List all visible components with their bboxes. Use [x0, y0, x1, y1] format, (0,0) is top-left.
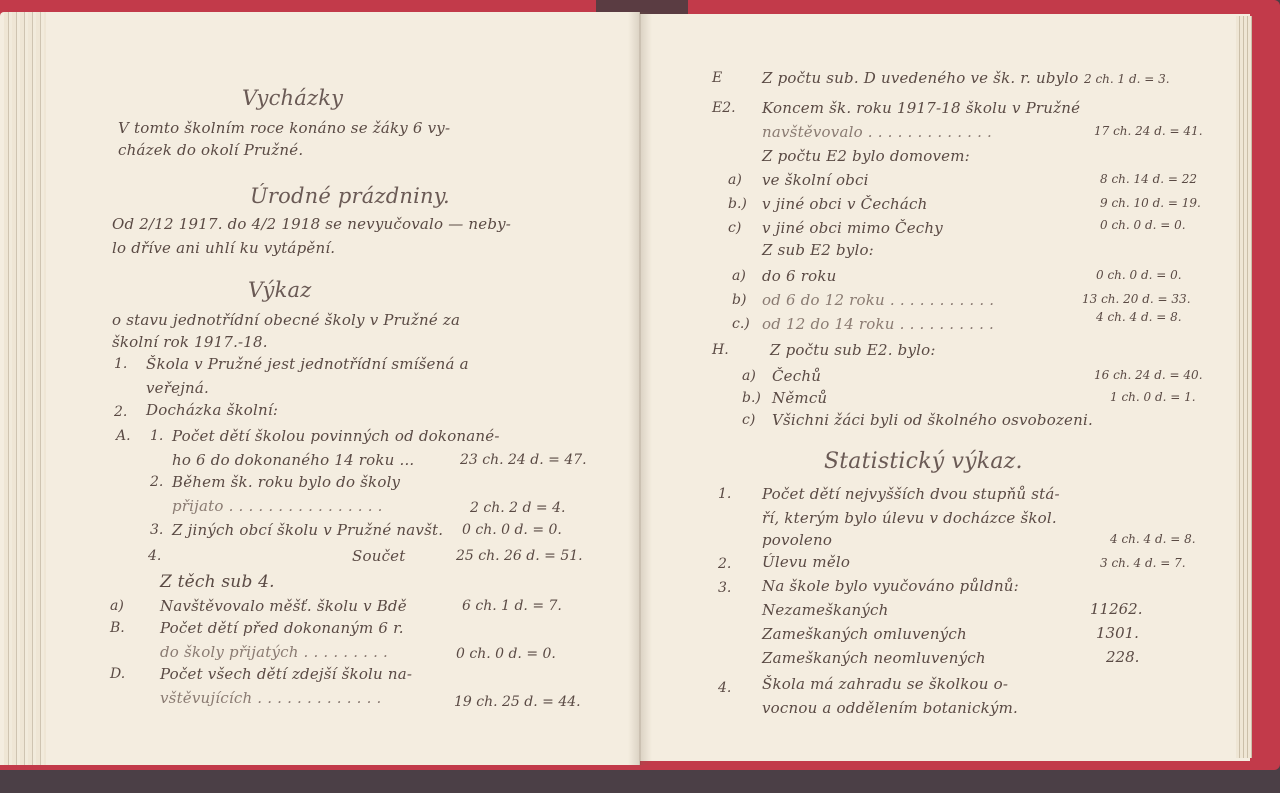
row-text: Úlevu mělo	[762, 552, 850, 572]
item-mark: 2.	[114, 404, 127, 420]
item-text: Škola v Pružné jest jednotřídní smíšená …	[146, 354, 469, 374]
excursions-line-2: cházek do okolí Pružné.	[118, 140, 303, 160]
row-value: 19 ch. 25 d. = 44.	[454, 694, 581, 710]
row-text: Koncem šk. roku 1917-18 školu v Pružné	[762, 98, 1080, 118]
row-mark: b.)	[742, 390, 761, 406]
holidays-line-2: lo dříve ani uhlí ku vytápění.	[112, 238, 335, 258]
left-page-edges	[4, 12, 46, 765]
row-value: 17 ch. 24 d. = 41.	[1094, 124, 1203, 138]
heading-report: Výkaz	[248, 280, 312, 300]
row-text: od 6 do 12 roku . . . . . . . . . . .	[762, 290, 994, 310]
row-mark: B.	[110, 620, 125, 636]
row-value: 0 ch. 0 d. = 0.	[462, 522, 562, 538]
row-value: 0 ch. 0 d. = 0.	[456, 646, 556, 662]
row-text: Čechů	[772, 366, 821, 386]
row-value: 16 ch. 24 d. = 40.	[1094, 368, 1203, 382]
row-value: 228.	[1106, 648, 1139, 666]
row-value: 13 ch. 20 d. = 33.	[1082, 292, 1191, 306]
item-text: Docházka školní:	[146, 400, 278, 420]
row-mark: 2.	[718, 556, 731, 572]
row-text: Počet dětí před dokonaným 6 r.	[160, 618, 404, 638]
sub-mark: 2.	[150, 474, 163, 490]
row-text: od 12 do 14 roku . . . . . . . . . .	[762, 314, 994, 334]
row-text: ho 6 do dokonaného 14 roku ...	[172, 450, 414, 470]
row-mark: H.	[712, 342, 729, 358]
sum-value: 25 ch. 26 d. = 51.	[456, 548, 583, 564]
holidays-line-1: Od 2/12 1917. do 4/2 1918 se nevyučovalo…	[112, 214, 511, 234]
row-mark: a)	[728, 172, 742, 188]
sub-mark: 1.	[150, 428, 163, 444]
row-text: Němců	[772, 388, 827, 408]
sub-mark: 3.	[150, 522, 163, 538]
row-mark: E	[712, 70, 722, 86]
row-text: Zameškaných neomluvených	[762, 648, 986, 668]
row-text: Zameškaných omluvených	[762, 624, 967, 644]
row-text: vocnou a oddělením botanickým.	[762, 698, 1018, 718]
row-value: 2 ch. 1 d. = 3.	[1084, 72, 1170, 86]
row-mark: b)	[732, 292, 746, 308]
sub4-heading: Z těch sub 4.	[160, 572, 275, 592]
row-mark: c.)	[732, 316, 750, 332]
row-text: Během šk. roku bylo do školy	[172, 472, 400, 492]
row-text: Počet dětí nejvyšších dvou stupňů stá-	[762, 484, 1060, 504]
row-mark: 3.	[718, 580, 731, 596]
row-text: Navštěvovalo měšť. školu v Bdě	[160, 596, 407, 616]
row-text: povoleno	[762, 530, 832, 550]
row-value: 8 ch. 14 d. = 22	[1100, 172, 1197, 186]
row-text: přijato . . . . . . . . . . . . . . . .	[172, 496, 383, 516]
row-mark: a)	[732, 268, 746, 284]
row-mark: c)	[742, 412, 755, 428]
item-text: veřejná.	[146, 378, 209, 398]
row-value: 2 ch. 2 d = 4.	[470, 500, 565, 516]
row-value: 23 ch. 24 d. = 47.	[460, 452, 587, 468]
row-text: ří, kterým bylo úlevu v docházce škol.	[762, 508, 1057, 528]
row-text: Na škole bylo vyučováno půldnů:	[762, 576, 1019, 596]
row-text: Počet dětí školou povinných od dokonané-	[172, 426, 500, 446]
row-value: 0 ch. 0 d. = 0.	[1096, 268, 1182, 282]
row-mark: a)	[110, 598, 124, 614]
row-mark: c)	[728, 220, 741, 236]
heading-holidays: Úrodné prázdniny.	[250, 186, 450, 206]
row-value: 4 ch. 4 d. = 8.	[1110, 532, 1196, 546]
right-page-edges	[1236, 16, 1252, 758]
section-mark: 4.	[148, 548, 161, 564]
row-text: Všichni žáci byli od školného osvobozeni…	[772, 410, 1093, 430]
heading-excursions: Vycházky	[242, 88, 343, 108]
row-text: Z počtu sub. D uvedeného ve šk. r. ubylo	[762, 68, 1079, 88]
row-text: Z počtu E2 bylo domovem:	[762, 146, 970, 166]
row-value: 9 ch. 10 d. = 19.	[1100, 196, 1201, 210]
row-text: Škola má zahradu se školkou o-	[762, 674, 1008, 694]
row-mark: 4.	[718, 680, 731, 696]
excursions-line-1: V tomto školním roce konáno se žáky 6 vy…	[118, 118, 450, 138]
row-value: 6 ch. 1 d. = 7.	[462, 598, 562, 614]
row-value: 1 ch. 0 d. = 1.	[1110, 390, 1196, 404]
book-scan: Vycházky V tomto školním roce konáno se …	[0, 0, 1280, 793]
row-mark: E2.	[712, 100, 736, 116]
age-heading: Z sub E2 bylo:	[762, 240, 874, 260]
gutter	[628, 12, 652, 765]
row-value: 0 ch. 0 d. = 0.	[1100, 218, 1186, 232]
section-mark: A.	[116, 428, 131, 444]
row-text: do školy přijatých . . . . . . . . .	[160, 642, 388, 662]
row-value: 4 ch. 4 d. = 8.	[1096, 310, 1182, 324]
row-text: Nezameškaných	[762, 600, 888, 620]
item-mark: 1.	[114, 356, 127, 372]
row-value: 1301.	[1096, 624, 1139, 642]
stat-heading: Statistický výkaz.	[824, 452, 1023, 472]
nationality-heading: Z počtu sub E2. bylo:	[770, 340, 936, 360]
row-text: Z jiných obcí školu v Pružné navšt.	[172, 520, 443, 540]
row-text: do 6 roku	[762, 266, 836, 286]
row-text: navštěvovalo . . . . . . . . . . . . .	[762, 122, 992, 142]
report-intro-2: školní rok 1917.-18.	[112, 332, 268, 352]
row-value: 11262.	[1090, 600, 1143, 618]
row-text: ve školní obci	[762, 170, 869, 190]
row-value: 3 ch. 4 d. = 7.	[1100, 556, 1186, 570]
row-text: v jiné obci v Čechách	[762, 194, 927, 214]
row-text: vštěvujících . . . . . . . . . . . . .	[160, 688, 382, 708]
row-text: Počet všech dětí zdejší školu na-	[160, 664, 412, 684]
sum-label: Součet	[352, 546, 405, 566]
row-mark: a)	[742, 368, 756, 384]
row-text: v jiné obci mimo Čechy	[762, 218, 943, 238]
row-mark: b.)	[728, 196, 747, 212]
report-intro-1: o stavu jednotřídní obecné školy v Pružn…	[112, 310, 460, 330]
row-mark: D.	[110, 666, 125, 682]
row-mark: 1.	[718, 486, 731, 502]
